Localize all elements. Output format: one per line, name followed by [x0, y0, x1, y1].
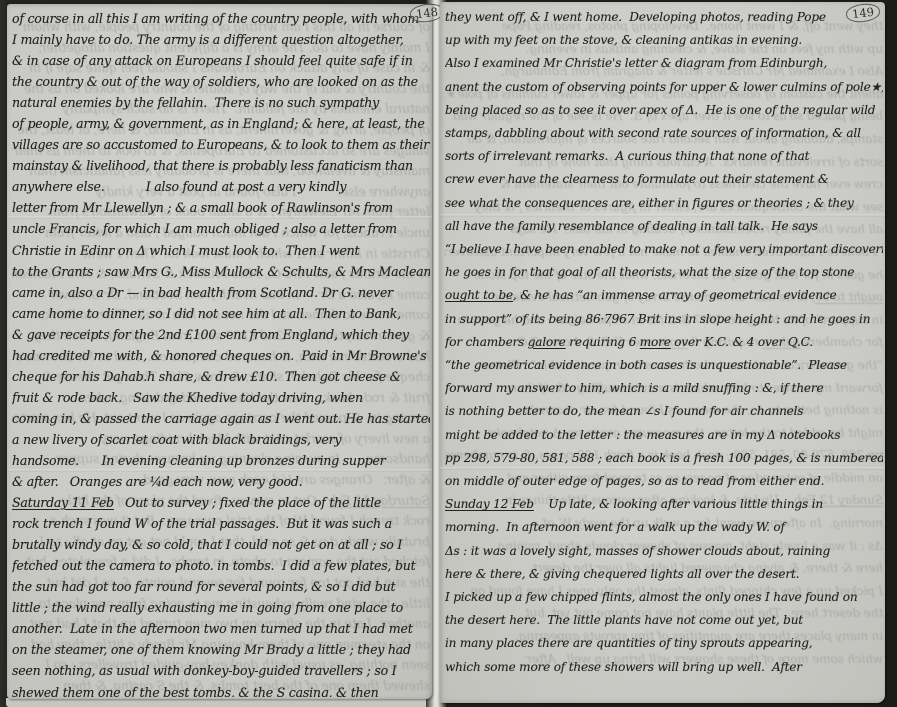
handwritten-line: mainstay & livelihood, that there is pro… — [12, 155, 430, 176]
handwritten-line: the desert here. The little plants have … — [445, 609, 883, 632]
handwritten-line: to the Grants ; saw Mrs G., Miss Mullock… — [12, 261, 430, 282]
handwritten-line: is nothing better to do, the mean ∠s I f… — [445, 400, 883, 423]
handwritten-line: & in case of any attack on Europeans I s… — [12, 50, 430, 71]
handwritten-line: the country & out of the way of soldiers… — [12, 71, 430, 92]
handwritten-line: of people, army, & government, as in Eng… — [12, 113, 430, 134]
handwritten-line: the sun had got too far round for severa… — [12, 576, 430, 597]
handwritten-line: rock trench I found W of the trial passa… — [12, 513, 430, 534]
handwritten-line: might be added to the letter : the measu… — [445, 424, 883, 447]
handwritten-line: pp 298, 579-80, 581, 588 ; each book is … — [445, 447, 883, 470]
handwritten-line: shewed them one of the best tombs, & the… — [12, 682, 430, 698]
handwritten-line: cheque for his Dahab.h share, & drew £10… — [12, 366, 430, 387]
handwriting-left: of course in all this I am writing of th… — [12, 8, 430, 697]
handwritten-line: he goes in for that goal of all theorist… — [445, 261, 883, 284]
handwritten-line: Sunday 12 Feb Up late, & looking after v… — [445, 493, 883, 516]
handwritten-line: for chambers galore requiring 6 more ove… — [445, 331, 883, 354]
handwritten-line: letter from Mr Llewellyn ; & a small boo… — [12, 197, 430, 218]
handwritten-line: all have the family resemblance of deali… — [445, 215, 883, 238]
handwritten-line: crew ever have the clearness to formulat… — [445, 168, 883, 191]
handwritten-line: of course in all this I am writing of th… — [12, 8, 430, 29]
handwritten-line: being placed so as to see it over apex o… — [445, 99, 883, 122]
handwritten-line: morning. In afternoon went for a walk up… — [445, 516, 883, 539]
handwritten-line: they went off, & I went home. Developing… — [445, 6, 883, 29]
handwritten-line: Christie in Edinr on Δ which I must look… — [12, 240, 430, 261]
handwritten-line: anent the custom of observing points for… — [445, 76, 883, 99]
handwritten-line: anywhere else. I also found at post a ve… — [12, 176, 430, 197]
handwritten-line: came in, also a Dr — in bad health from … — [12, 282, 430, 303]
handwritten-line: fetched out the camera to photo. in tomb… — [12, 555, 430, 576]
handwritten-line: on middle of outer edge of pages, so as … — [445, 470, 883, 493]
handwritten-line: little ; the wind really exhausting me i… — [12, 597, 430, 618]
handwriting-right: they went off, & I went home. Developing… — [445, 6, 883, 701]
handwritten-line: sorts of irrelevant remarks. A curious t… — [445, 145, 883, 168]
handwritten-line: a new livery of scarlet coat with black … — [12, 429, 430, 450]
handwritten-line: handsome. In evening cleaning up bronzes… — [12, 450, 430, 471]
manuscript-page-left: of course in all this I am writing of th… — [7, 4, 432, 699]
handwritten-line: up with my feet on the stove, & cleaning… — [445, 29, 883, 52]
manuscript-page-right: they went off, & I went home. Developing… — [440, 2, 885, 703]
handwritten-line: & after. Oranges are ¼d each now, very g… — [12, 471, 430, 492]
handwritten-line: stamps, dabbling about with second rate … — [445, 122, 883, 145]
handwritten-line: ought to be, & he has “an immense array … — [445, 284, 883, 307]
handwritten-line: in many places there are quantities of t… — [445, 632, 883, 655]
handwritten-line: “the geometrical evidence in both cases … — [445, 354, 883, 377]
handwritten-line: “I believe I have been enabled to make n… — [445, 238, 883, 261]
handwritten-line: I picked up a few chipped flints, almost… — [445, 586, 883, 609]
handwritten-line: had credited me with, & honored cheques … — [12, 345, 430, 366]
handwritten-line: on the steamer, one of them knowing Mr B… — [12, 639, 430, 660]
handwritten-line: seen nothing, as usual with donkey-boy-g… — [12, 660, 430, 681]
handwritten-line: I mainly have to do. The army is a diffe… — [12, 29, 430, 50]
handwritten-line: villages are so accustomed to Europeans,… — [12, 134, 430, 155]
manuscript-spread: of course in all this I am writing of th… — [0, 0, 897, 707]
underlying-page-edge — [6, 698, 438, 707]
handwritten-line: & gave receipts for the 2nd £100 sent fr… — [12, 324, 430, 345]
handwritten-line: another. Late in the afternoon two men t… — [12, 618, 430, 639]
handwritten-line: Saturday 11 Feb Out to survey ; fixed th… — [12, 492, 430, 513]
handwritten-line: uncle Francis, for which I am much oblig… — [12, 218, 430, 239]
handwritten-line: came home to dinner, so I did not see hi… — [12, 303, 430, 324]
handwritten-line: in support” of its being 86·7967 Brit in… — [445, 308, 883, 331]
handwritten-line: Δs : it was a lovely sight, masses of sh… — [445, 540, 883, 563]
handwritten-line: fruit & rode back. Saw the Khedive today… — [12, 387, 430, 408]
handwritten-line: here & there, & giving chequered lights … — [445, 563, 883, 586]
handwritten-line: coming in, & passed the carriage again a… — [12, 408, 430, 429]
handwritten-line: forward my answer to him, which is a mil… — [445, 377, 883, 400]
handwritten-line: brutally windy day, & so cold, that I co… — [12, 534, 430, 555]
handwritten-line: Also I examined Mr Christie's letter & d… — [445, 52, 883, 75]
handwritten-line: natural enemies by the fellahin. There i… — [12, 92, 430, 113]
handwritten-line: which some more of these showers will br… — [445, 656, 883, 679]
handwritten-line: see what the consequences are, either in… — [445, 192, 883, 215]
